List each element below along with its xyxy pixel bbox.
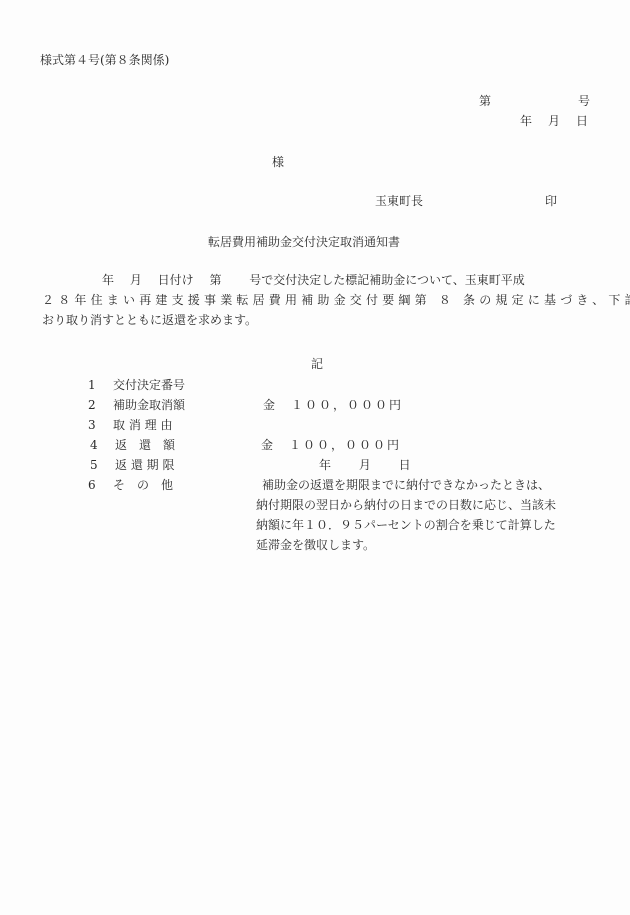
- item-label: 返 還 額: [115, 438, 175, 452]
- number-suffix: 号: [578, 94, 590, 108]
- date-year: 年: [520, 114, 532, 128]
- item-num: 6: [88, 478, 96, 492]
- item-label: 補助金取消額: [113, 398, 185, 412]
- addressee-suffix: 様: [272, 155, 284, 169]
- item-num: 5: [90, 458, 98, 472]
- ki-heading: 記: [311, 357, 323, 371]
- document-title: 転居費用補助金交付決定取消通知書: [208, 235, 400, 249]
- item-value: 金 １００，０００円: [261, 438, 401, 452]
- seal-mark: 印: [545, 194, 557, 208]
- form-label: 様式第４号(第８条関係): [40, 53, 169, 67]
- item-label: そ の 他: [113, 478, 173, 492]
- other-text-line: 納付期限の翌日から納付の日までの日数に応じ、当該未: [256, 498, 556, 512]
- number-prefix: 第: [479, 94, 491, 108]
- body-line-3: おり取り消すとともに返還を求めます。: [42, 313, 257, 327]
- item-num: 4: [90, 438, 98, 452]
- item-value: 年 月 日: [319, 458, 411, 472]
- other-text-line: 納額に年１０．９５パーセントの割合を乗じて計算した: [256, 518, 556, 532]
- item-num: 1: [88, 378, 96, 392]
- item-label: 返 還 期 限: [115, 458, 174, 472]
- other-text-line: 延滞金を徴収します。: [256, 538, 375, 552]
- item-label: 取 消 理 由: [113, 418, 172, 432]
- date-month: 月: [548, 114, 560, 128]
- item-num: 2: [88, 398, 96, 412]
- other-text-line: 補助金の返還を期限までに納付できなかったときは、: [262, 478, 550, 492]
- body-line-1: 年 月 日付け 第 号で交付決定した標記補助金について、玉東町平成: [102, 273, 525, 287]
- item-label: 交付決定番号: [113, 378, 185, 392]
- item-num: 3: [88, 418, 96, 432]
- body-line-2: ２８年住まい再建支援事業転居費用補助金交付要綱第 ８ 条の規定に基づき、下記のと: [42, 293, 630, 307]
- issuer-name: 玉東町長: [375, 194, 423, 208]
- date-day: 日: [576, 114, 588, 128]
- item-value: 金 １００，０００円: [263, 398, 403, 412]
